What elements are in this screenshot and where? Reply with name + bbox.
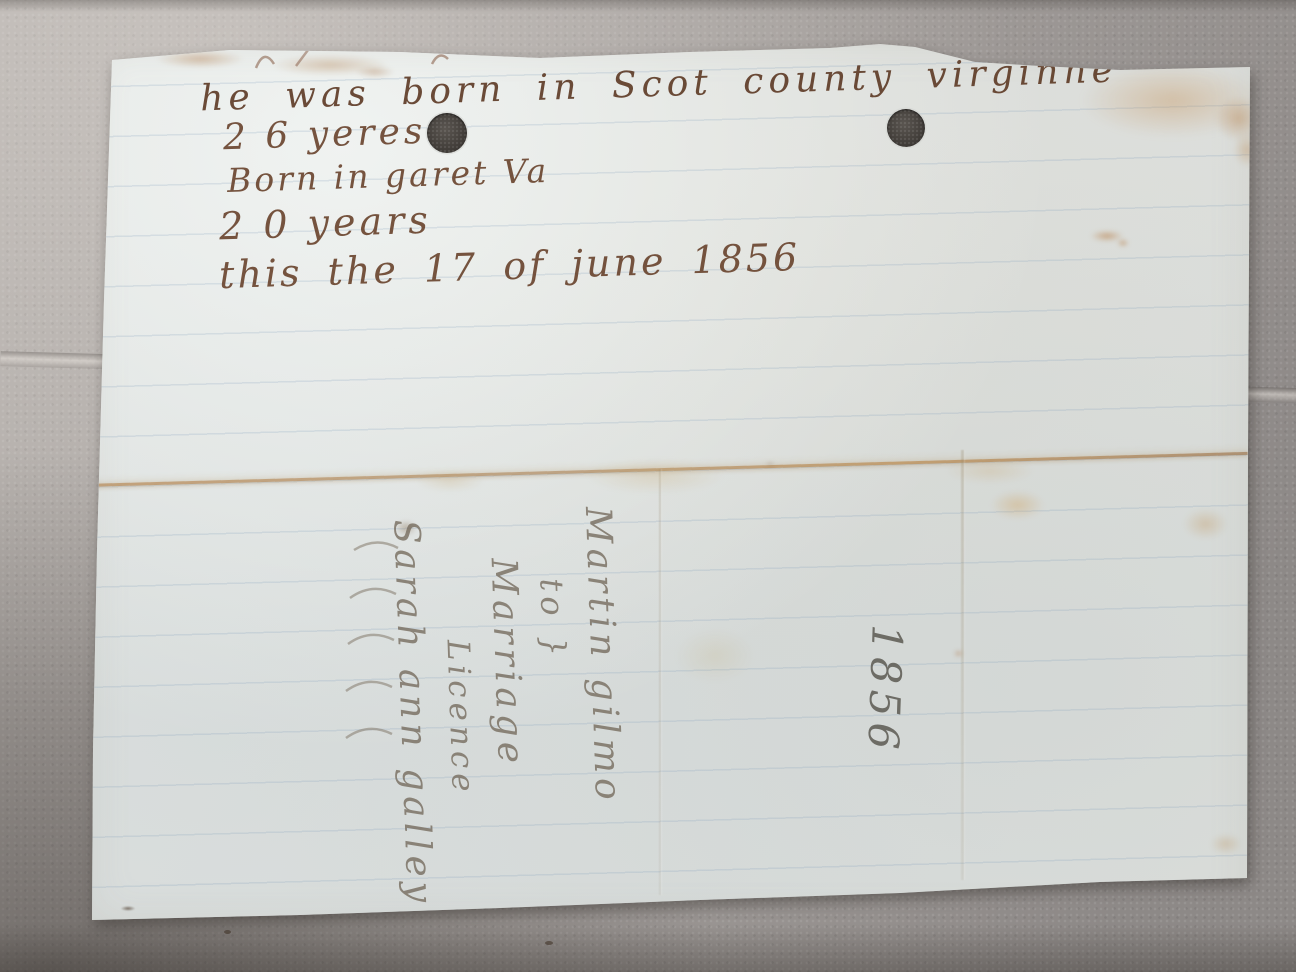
stain-fold [990,490,1045,520]
punch-hole-left [427,113,467,153]
top-edge-scribble [250,44,470,72]
stain-top-right-foxing [1080,63,1265,138]
stain-foxing [1210,833,1242,855]
stain-fold [945,458,1035,484]
docket-groom-name: Martin gilmo [573,506,637,967]
stain-top-edge [355,66,395,78]
docket-flourish-curls [340,536,410,771]
stain-dark-spot [395,520,417,536]
stain-top-edge [270,54,390,76]
docket-bride-name: Sarah ann galley [381,513,445,972]
docket-licence: Licence [429,511,493,972]
vertical-crease-right [961,450,964,880]
stain-top-edge [155,50,245,68]
stain-foxing [1183,508,1228,540]
stain-fleck [765,462,775,466]
stain-fold [585,458,725,494]
stain-fold [415,470,485,492]
docket-block: Martin gilmo to } Marriage Licence Sarah… [381,506,637,972]
rust-dots [1090,230,1124,242]
stain-speck-bottom-left [121,906,135,911]
docket-marriage: Marriage [477,509,541,970]
stain-corner-spot [1233,133,1261,167]
rust-dots [954,650,963,657]
photo-scene: he was born in Scot county virginne 2 6 … [0,0,1296,972]
docket-year-pencil: 1856 [858,624,912,756]
horizontal-fold-crease [85,452,1248,487]
paper-surface: he was born in Scot county virginne 2 6 … [85,38,1255,926]
note-line-5: this the 17 of june 1856 [218,235,800,297]
note-line-3: Born in garet Va [226,151,549,200]
rust-dots [1117,239,1129,247]
note-line-1: he was born in Scot county virginne [200,50,1119,120]
background-speck [545,941,553,945]
note-line-2: 2 6 yeres [222,111,427,158]
document-paper: he was born in Scot county virginne 2 6 … [85,38,1255,926]
stain-yellow-blotch [675,628,755,683]
background-speck [224,930,231,934]
vertical-crease-left [659,469,661,895]
docket-to-bracket: to } [525,508,589,969]
note-line-4: 2 0 years [218,198,432,249]
punch-hole-right [887,109,925,147]
stain-top-right-foxing [1215,96,1263,142]
